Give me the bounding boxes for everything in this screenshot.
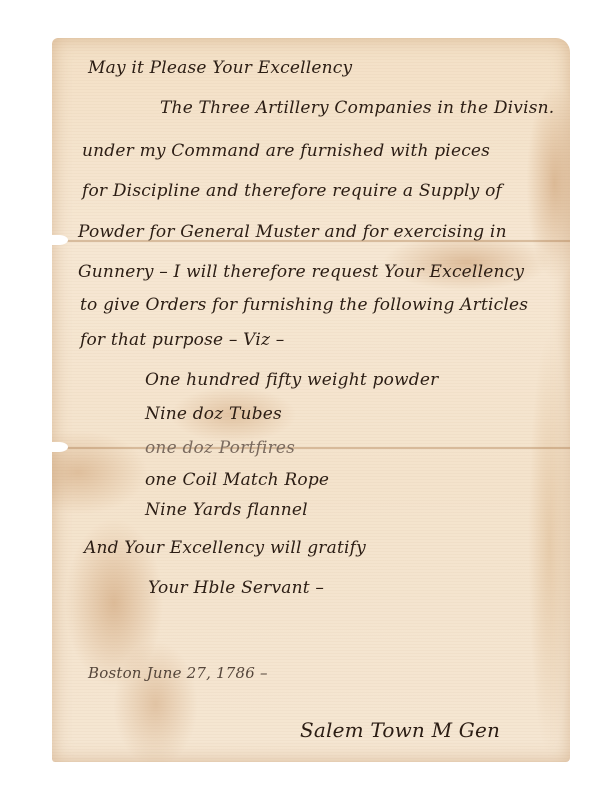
body-line: for that purpose – Viz – <box>80 330 284 350</box>
list-item: one Coil Match Rope <box>145 470 329 490</box>
closing-line: And Your Excellency will gratify <box>84 538 366 558</box>
body-line: The Three Artillery Companies in the Div… <box>160 98 554 118</box>
body-line: to give Orders for furnishing the follow… <box>80 295 528 315</box>
list-item: Nine Yards flannel <box>145 500 308 520</box>
signature: Salem Town M Gen <box>300 718 500 742</box>
edge-tear <box>50 442 68 452</box>
list-item: One hundred fifty weight powder <box>145 370 438 390</box>
body-line: for Discipline and therefore require a S… <box>82 181 502 201</box>
place-and-date: Boston June 27, 1786 – <box>88 664 268 682</box>
salutation: May it Please Your Excellency <box>88 58 352 78</box>
closing-line: Your Hble Servant – <box>148 578 324 598</box>
fold-crease <box>52 447 570 449</box>
list-item: one doz Portfires <box>145 438 295 458</box>
body-line: Gunnery – I will therefore request Your … <box>78 262 524 282</box>
body-line: under my Command are furnished with piec… <box>82 141 490 161</box>
edge-tear <box>50 235 68 245</box>
body-line: Powder for General Muster and for exerci… <box>78 222 507 242</box>
list-item: Nine doz Tubes <box>145 404 282 424</box>
